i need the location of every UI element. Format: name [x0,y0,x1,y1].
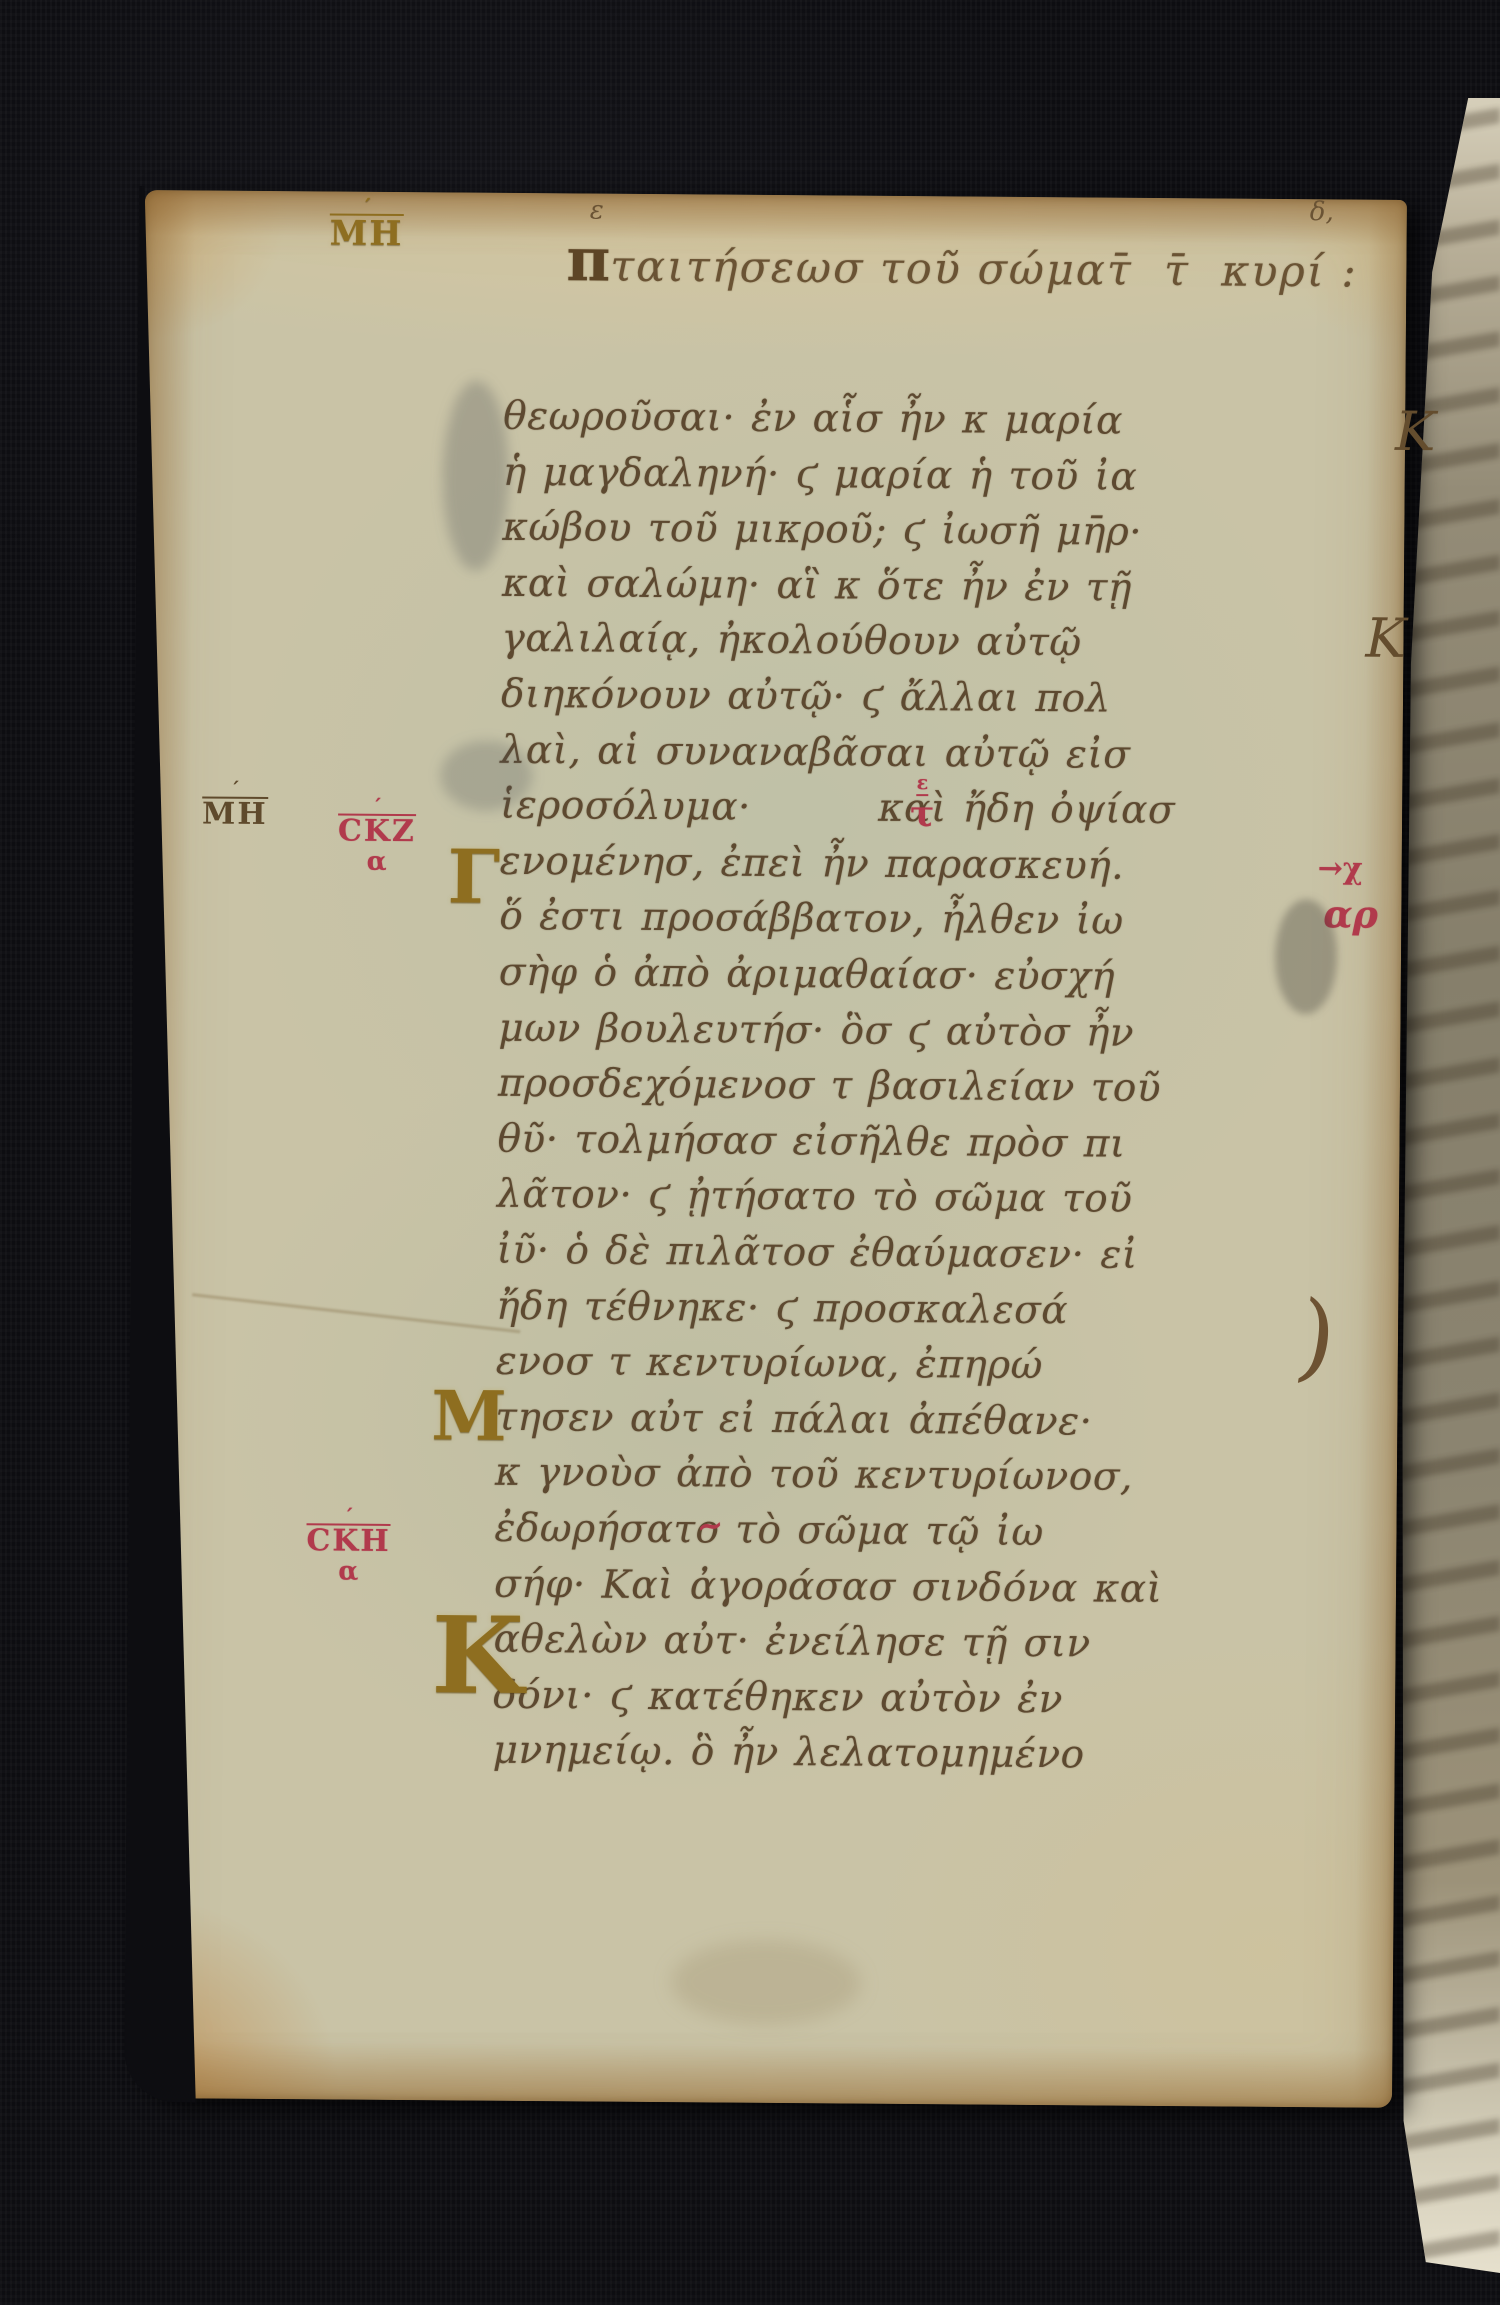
gold-initial-kappa: Κ [431,1602,524,1709]
text-line: τησεν αὐτ εἰ πάλαι ἀπέθανε· [495,1394,1425,1455]
text-line: προσδεχόμενοσ τ βασιλείαν τοῦ [498,1060,1428,1121]
ink-smudge [442,380,509,571]
telos-lection-mark: ε τ [910,774,935,832]
photograph-of-manuscript: ´ ΜΗ ε πταιτήσεωσ τοῦ σώματ̄ τ̄ κυρί : δ… [0,0,1500,2305]
page-edge-shadow [124,186,231,2103]
ammonian-section-228: ´ СΚΗ α [306,1509,391,1585]
text-line: σήφ· Καὶ ἀγοράσασ σινδόνα καὶ [494,1561,1424,1622]
ammonian-section-227: ´ СΚΖ α [338,800,416,876]
text-line: αθελὼν αὐτ· ἐνείλησε τῇ σιν [493,1616,1423,1677]
text-line: ενοσ τ κεντυρίωνα, ἐπηρώ [496,1338,1426,1399]
text-line: ἐδωρήσατο τὸ σῶμα τῷ ἰω [494,1505,1424,1566]
gold-initial-mu: Μ [431,1382,507,1451]
text-line: διηκόνουν αὐτῷ· ϛ ἄλλαι πολ [501,671,1431,732]
accent-mark: ´ [372,800,382,814]
kephalaion-number-left-margin: ´ ΜΗ [202,782,268,830]
gold-initial-gamma: Γ [447,840,500,914]
header-superscript-delta: δ, [1310,197,1334,227]
text-line: ἰῦ· ὁ δὲ πιλᾶτοσ ἐθαύμασεν· εἰ [496,1227,1426,1288]
pi-superscript-epsilon: ε [590,195,604,225]
rubric-cross-chi-mark: →χ [1318,851,1363,886]
text-line: μνημείῳ. ὃ ἦν λελατομημένο [493,1727,1423,1788]
text-line: κώβου τοῦ μικροῦ; ϛ ἰωσῆ μη̄ρ· [502,504,1432,565]
text-line: θεωροῦσαι· ἐν αἷσ ἦν κ μαρία [503,393,1433,454]
text-line: μων βουλευτήσ· ὃσ ϛ αὐτὸσ ἦν [498,1005,1428,1066]
pi-abbreviation: π [566,225,610,295]
text-line: ἱεροσόλυμα· καὶ ἤδη ὀψίασ [500,782,1430,843]
manuscript-page: ´ ΜΗ ε πταιτήσεωσ τοῦ σώματ̄ τ̄ κυρί : δ… [130,190,1407,2108]
text-line: κ γνοὺσ ἀπὸ τοῦ κεντυρίωνοσ, [495,1449,1425,1510]
text-line: δόνι· ϛ κατέθηκεν αὐτὸν ἐν [493,1672,1423,1733]
running-title: πταιτήσεωσ τοῦ σώματ̄ τ̄ κυρί : [566,225,1358,301]
text-line: ἡ μαγδαληνή· ϛ μαρία ἡ τοῦ ἰα [503,449,1433,510]
accent-mark: ´ [362,200,372,214]
ink-smudge [440,740,533,811]
accent-mark: ´ [344,1510,354,1524]
parchment-crease [192,1293,520,1333]
eusebian-canon-letter: α [338,1559,358,1585]
rubric-tilde-mark: ~ [694,1505,726,1546]
text-line: ἤδη τέθνηκε· ϛ προσκαλεσά [496,1283,1426,1344]
text-line: ενομένησ, ἐπεὶ ἦν παρασκευή. [499,838,1429,899]
text-line: λαὶ, αἱ συναναβᾶσαι αὐτῷ εἰσ [500,727,1430,788]
text-line: λᾶτον· ϛ ᾐτήσατο τὸ σῶμα τοῦ [497,1171,1427,1232]
text-line: καὶ σαλώμη· αἳ κ ὅτε ἦν ἐν τῇ [502,560,1432,621]
kai-abbreviation-margin: Κ [1395,405,1436,459]
kai-abbreviation-margin: Κ [1365,612,1406,666]
accent-mark: ´ [230,783,240,797]
text-line: θῦ· τολμήσασ εἰσῆλθε πρὸσ πι [497,1116,1427,1177]
text-line: γαλιλαίᾳ, ἠκολούθουν αὐτῷ [501,615,1431,676]
running-title-text: ταιτήσεωσ τοῦ σώματ̄ τ̄ κυρί : [610,242,1358,298]
kephalaion-number-top-margin: ´ ΜΗ [330,199,404,251]
parchment-stain [671,1939,862,2025]
eusebian-canon-letter: α [367,849,387,875]
telos-tau: τ [910,796,935,832]
